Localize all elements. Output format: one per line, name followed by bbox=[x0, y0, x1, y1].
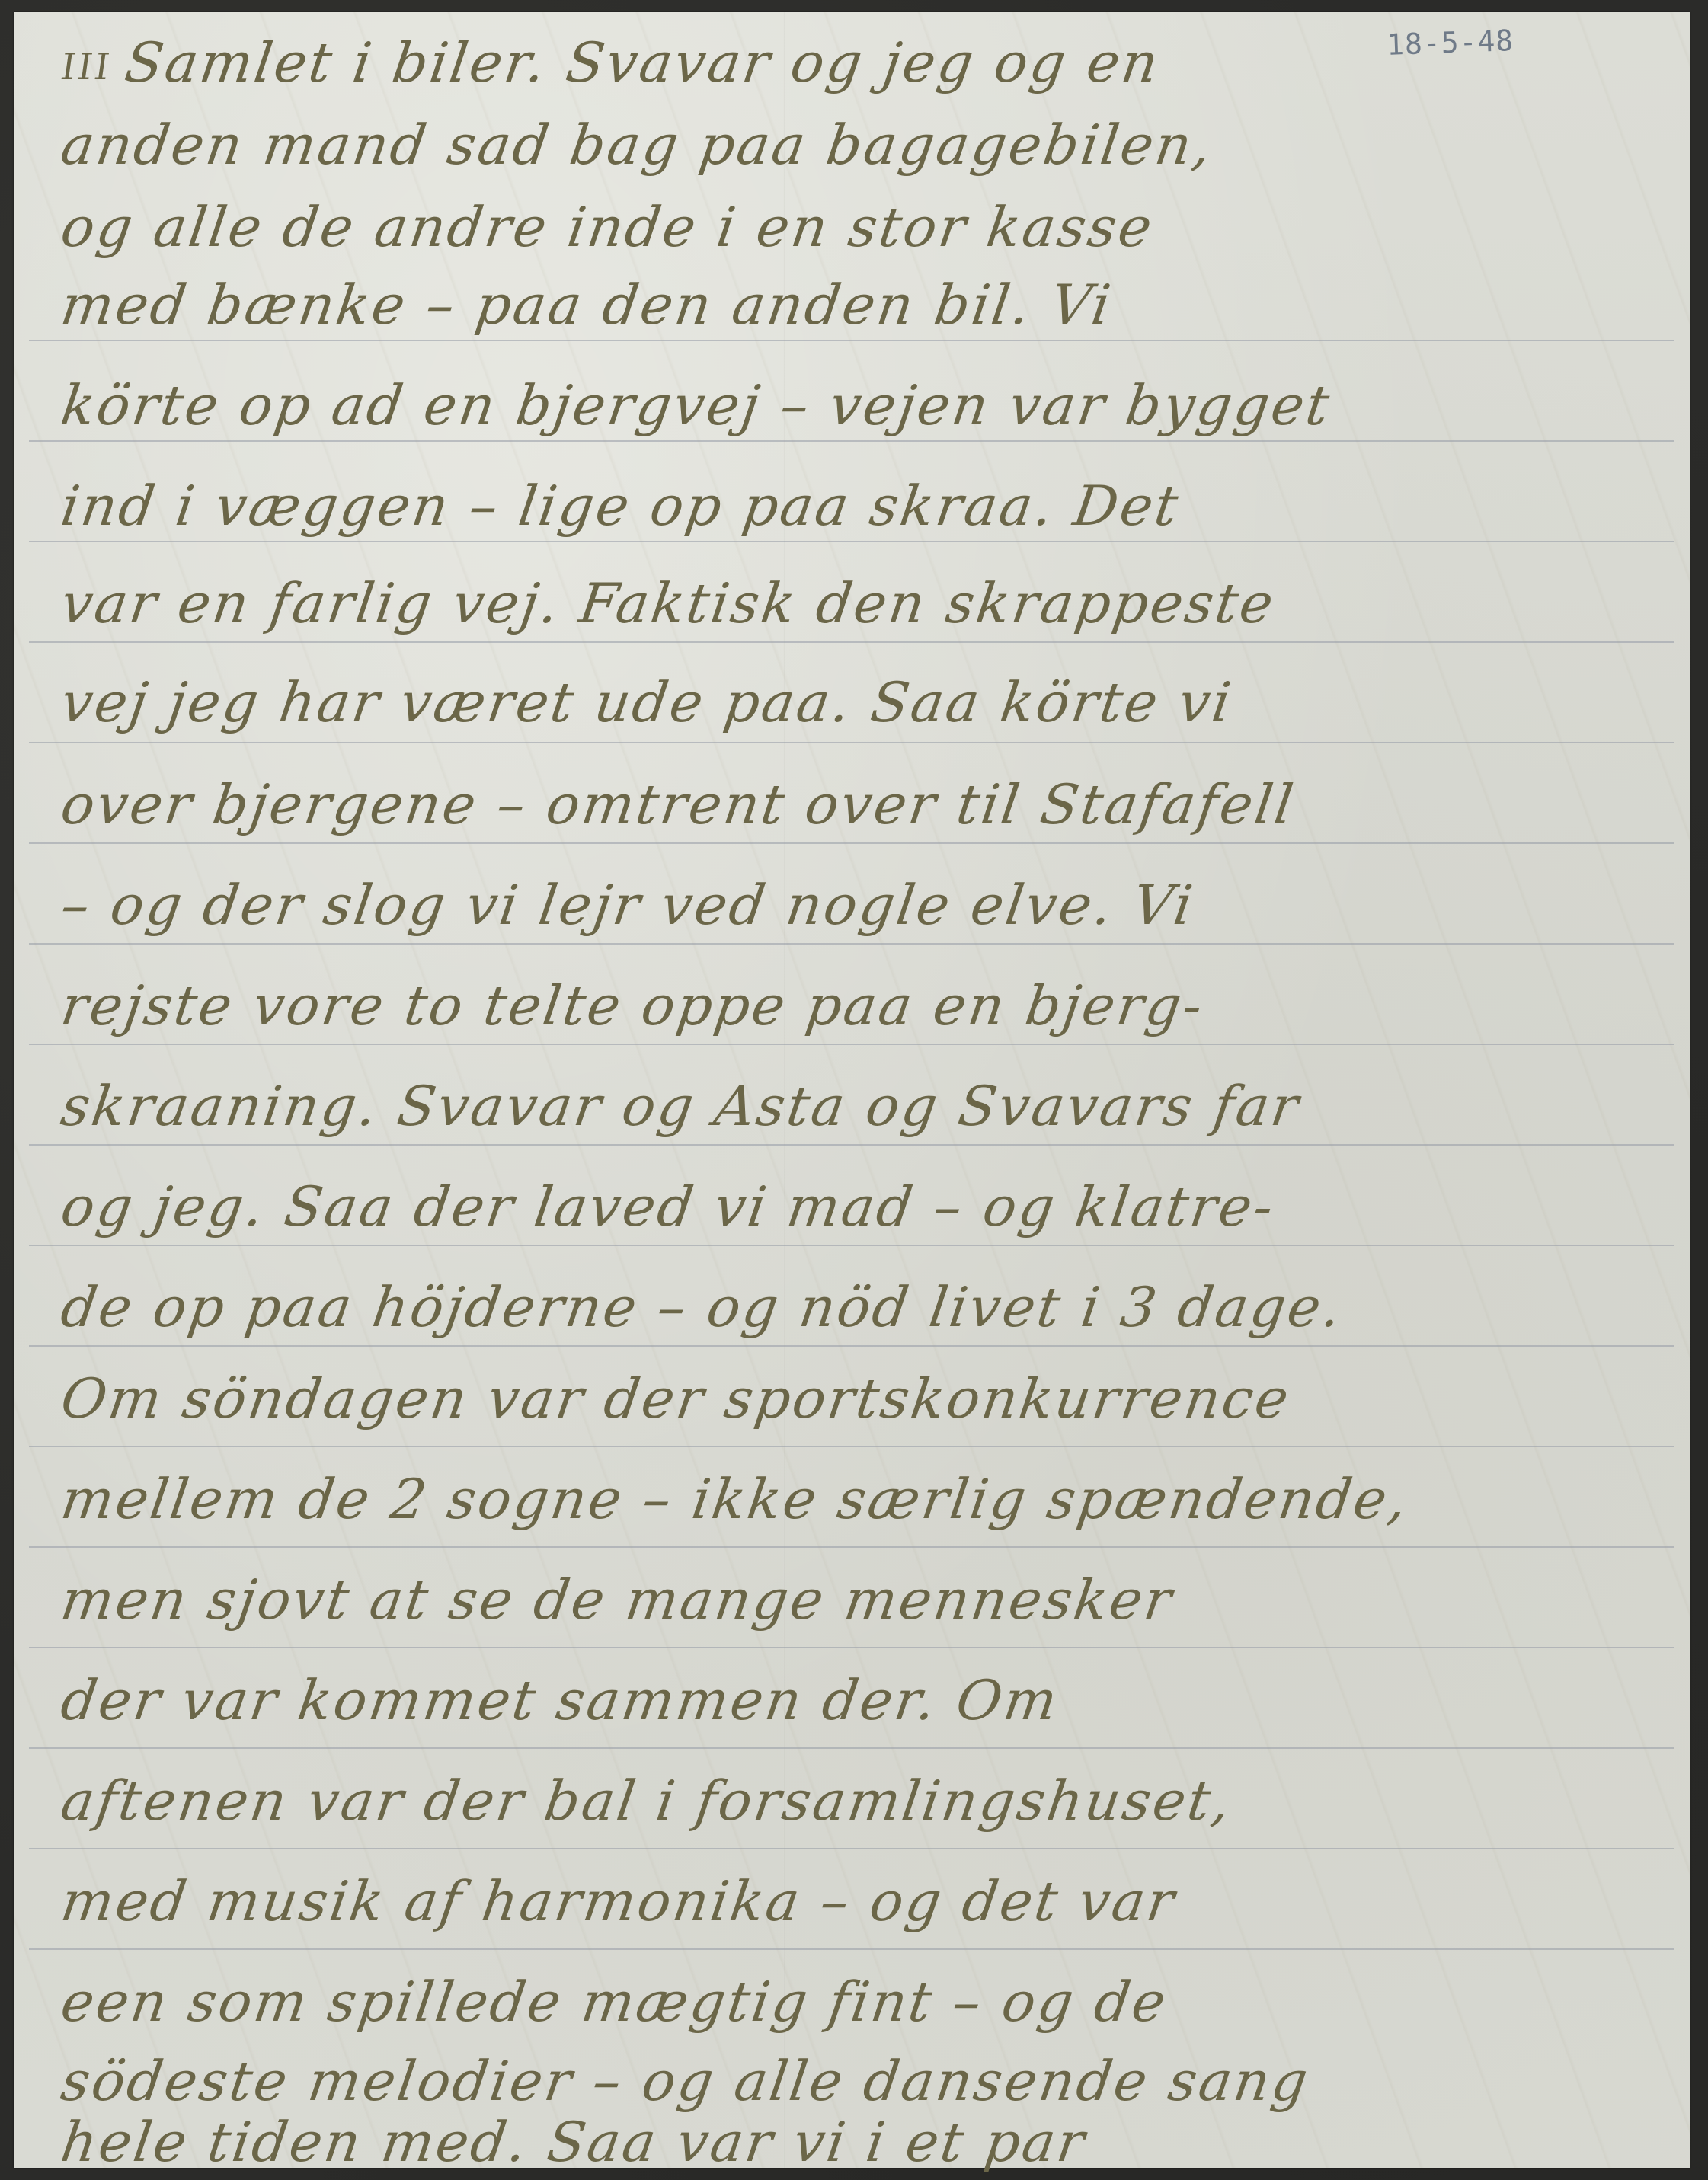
handwritten-line: og alle de andre inde i en stor kasse bbox=[58, 200, 1157, 254]
ruled-line bbox=[29, 842, 1674, 844]
handwritten-line: hele tiden med. Saa var vi i et par bbox=[58, 2114, 1090, 2169]
handwritten-line: anden mand sad bag paa bagagebilen, bbox=[58, 117, 1217, 172]
handwritten-line: mellem de 2 sogne – ikke særlig spændend… bbox=[58, 1472, 1412, 1526]
handwritten-line: og jeg. Saa der laved vi mad – og klatre… bbox=[58, 1179, 1278, 1234]
handwritten-line: ind i væggen – lige op paa skraa. Det bbox=[58, 478, 1183, 533]
handwritten-line: over bjergene – omtrent over til Stafafe… bbox=[58, 777, 1299, 832]
ruled-line bbox=[29, 1948, 1674, 1950]
handwritten-line: – og der slog vi lejr ved nogle elve. Vi bbox=[58, 877, 1198, 932]
ruled-line bbox=[29, 641, 1674, 643]
handwritten-line: med bænke – paa den anden bil. Vi bbox=[58, 277, 1116, 332]
handwritten-line: körte op ad en bjergvej – vejen var bygg… bbox=[58, 378, 1335, 433]
handwritten-line: de op paa höjderne – og nöd livet i 3 da… bbox=[58, 1280, 1346, 1335]
handwritten-line: IIISamlet i biler. Svavar og jeg og en bbox=[58, 35, 1163, 90]
ruled-line bbox=[29, 1848, 1674, 1849]
handwritten-line: skraaning. Svavar og Asta og Svavars far bbox=[58, 1079, 1304, 1133]
ruled-line bbox=[29, 1044, 1674, 1045]
handwritten-line: med musik af harmonika – og det var bbox=[58, 1874, 1180, 1929]
handwritten-line: der var kommet sammen der. Om bbox=[58, 1673, 1063, 1728]
handwritten-line: Om söndagen var der sportskonkurrence bbox=[58, 1371, 1294, 1426]
ruled-line bbox=[29, 742, 1674, 743]
date-stamp: 18-5-48 bbox=[1386, 24, 1514, 62]
handwritten-line: rejste vore to telte oppe paa en bjerg- bbox=[58, 978, 1208, 1033]
ruled-line bbox=[29, 1345, 1674, 1347]
page-marker: III bbox=[58, 46, 114, 88]
ruled-line bbox=[29, 1245, 1674, 1246]
ruled-line bbox=[29, 1647, 1674, 1648]
ruled-line bbox=[29, 340, 1674, 341]
ruled-line bbox=[29, 541, 1674, 542]
ruled-line bbox=[29, 1747, 1674, 1749]
ruled-line bbox=[29, 1546, 1674, 1548]
handwritten-line: een som spillede mægtig fint – og de bbox=[58, 1974, 1171, 2029]
ruled-line bbox=[29, 943, 1674, 945]
ruled-line bbox=[29, 440, 1674, 442]
handwritten-line: södeste melodier – og alle dansende sang bbox=[58, 2054, 1313, 2108]
ruled-line bbox=[29, 1144, 1674, 1146]
handwritten-line: var en farlig vej. Faktisk den skrappest… bbox=[58, 576, 1279, 631]
handwritten-line: men sjovt at se de mange mennesker bbox=[58, 1572, 1177, 1627]
handwritten-line: vej jeg har været ude paa. Saa körte vi bbox=[58, 675, 1236, 730]
ruled-line bbox=[29, 1446, 1674, 1447]
letter-page: 18-5-48 IIISamlet i biler. Svavar og jeg… bbox=[14, 12, 1690, 2168]
handwritten-line: aftenen var der bal i forsamlingshuset, bbox=[58, 1773, 1236, 1828]
